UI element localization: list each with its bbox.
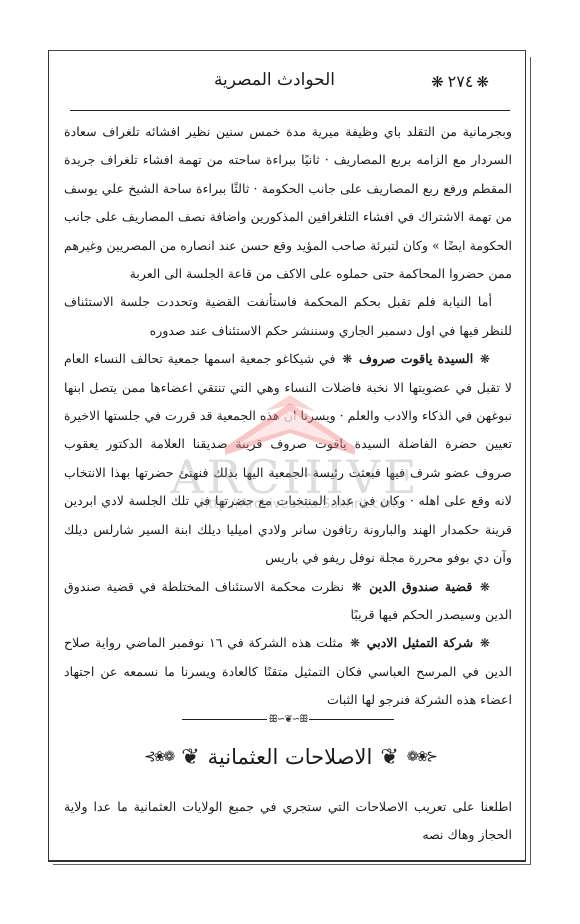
asterism-ornament-icon: ❋ [478,352,492,366]
header-rule [70,110,510,111]
asterism-ornament-icon: ❋ [478,580,492,594]
left-scroll-ornament-icon: ⊰❀❁ [144,749,173,765]
news-item-title: شركة التمثيل الادبي [367,635,473,650]
journal-title: الحوادث المصرية [214,70,335,90]
asterism-ornament-icon: ❋ [340,352,354,366]
section-body: اطلعنا على تعريب الاصلاحات التي ستجري في… [64,793,512,849]
divider-line [309,719,394,720]
section-paragraph: اطلعنا على تعريب الاصلاحات التي ستجري في… [64,793,512,849]
section-title: الاصلاحات العثمانية [208,745,373,769]
news-item-title: السيدة ياقوت صروف [359,351,473,366]
news-item-text: في شيكاغو جمعية اسمها جمعية تحالف النساء… [64,351,512,565]
news-item-debt-fund: ❋ قضية صندوق الدين ❋ نظرت محكمة الاستئنا… [64,573,512,630]
running-header: ❋ ٢٧٤ ❋ الحوادث المصرية [70,68,510,104]
flourish-ornament-icon: ꕥ∽❦∽ꕥ [267,714,310,725]
asterism-ornament-icon: ❋ [348,636,362,650]
asterism-ornament-icon: ❋ [476,73,490,91]
divider-line [182,719,267,720]
paragraph-appeal: أما النيابة فلم تقبل بحكم المحكمة فاستأن… [64,288,512,345]
asterism-ornament-icon: ❋ [349,580,363,594]
page-number-value: ٢٧٤ [448,72,474,91]
section-divider: ꕥ∽❦∽ꕥ [182,712,394,726]
news-item-theatre-company: ❋ شركة التمثيل الادبي ❋ مثلت هذه الشركة … [64,629,512,714]
asterism-ornament-icon: ❋ [431,73,445,91]
section-heading: ⊰❀❁ ❦ الاصلاحات العثمانية ❦ ❁❀⊱ [130,735,450,779]
news-item-title: قضية صندوق الدين [369,579,472,594]
floral-ornament-icon: ❦ [181,745,199,770]
news-item-yaqut-sarruf: ❋ السيدة ياقوت صروف ❋ في شيكاغو جمعية اس… [64,345,512,572]
right-scroll-ornament-icon: ❁❀⊱ [407,749,436,765]
asterism-ornament-icon: ❋ [478,636,492,650]
paragraph-continuation: وبجرمانية من التقلد باي وظيفة ميرية مدة … [64,118,512,288]
article-body: وبجرمانية من التقلد باي وظيفة ميرية مدة … [64,118,512,715]
floral-ornament-icon: ❦ [380,745,398,770]
page-number: ❋ ٢٧٤ ❋ [431,72,490,91]
